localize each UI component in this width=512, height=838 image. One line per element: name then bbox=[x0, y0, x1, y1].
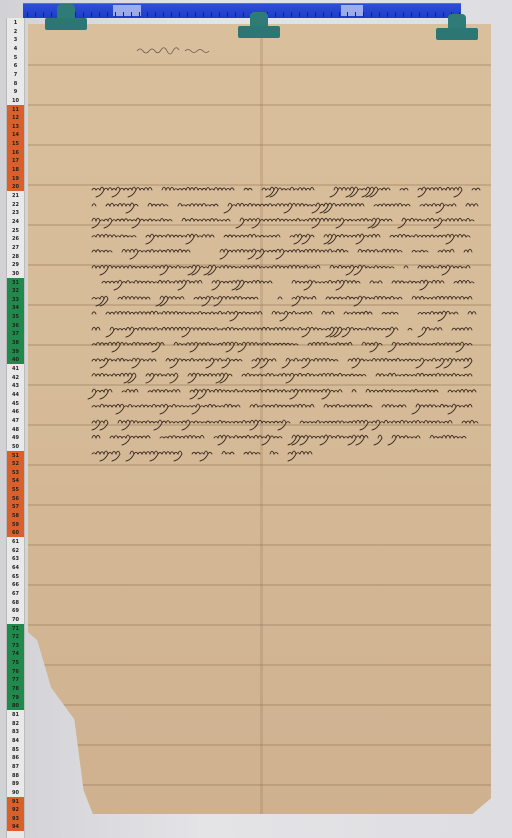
ruler-tick bbox=[283, 12, 284, 17]
fold-line bbox=[28, 784, 491, 786]
script-line bbox=[92, 275, 477, 291]
tape-number: 64 bbox=[8, 565, 23, 571]
ruler-tick bbox=[107, 12, 108, 17]
tape-number: 51 bbox=[8, 453, 23, 459]
tape-number: 31 bbox=[8, 280, 23, 286]
script-line bbox=[92, 213, 477, 229]
tape-number: 20 bbox=[8, 184, 23, 190]
tape-number: 36 bbox=[8, 323, 23, 329]
fold-line bbox=[28, 664, 491, 666]
tape-number: 80 bbox=[8, 703, 23, 709]
ruler-tick bbox=[195, 12, 196, 17]
script-line bbox=[92, 229, 477, 245]
measuring-tape: 1234567891011121314151617181920212223242… bbox=[6, 18, 25, 838]
ruler-tick bbox=[99, 12, 100, 17]
tape-number: 76 bbox=[8, 669, 23, 675]
header-annotation bbox=[135, 45, 230, 55]
tape-number: 19 bbox=[8, 176, 23, 182]
tape-number: 4 bbox=[8, 46, 23, 52]
glare bbox=[341, 5, 363, 16]
tape-number: 24 bbox=[8, 219, 23, 225]
tape-number: 14 bbox=[8, 132, 23, 138]
script-line bbox=[92, 415, 477, 431]
tape-number: 47 bbox=[8, 418, 23, 424]
ruler-tick bbox=[27, 12, 28, 17]
tape-number: 11 bbox=[8, 107, 23, 113]
tape-number: 30 bbox=[8, 271, 23, 277]
tape-number: 85 bbox=[8, 747, 23, 753]
fold-line bbox=[28, 464, 491, 466]
ruler-tick bbox=[427, 12, 428, 17]
tape-number: 91 bbox=[8, 799, 23, 805]
script-line bbox=[92, 322, 477, 338]
tape-number: 57 bbox=[8, 504, 23, 510]
binder-clip-left bbox=[45, 4, 87, 32]
tape-number: 48 bbox=[8, 427, 23, 433]
tape-number: 83 bbox=[8, 729, 23, 735]
tape-number: 62 bbox=[8, 548, 23, 554]
ruler-tick bbox=[339, 12, 340, 17]
tape-number: 35 bbox=[8, 314, 23, 320]
ruler-tick bbox=[43, 12, 44, 17]
tape-number: 40 bbox=[8, 357, 23, 363]
tape-number: 33 bbox=[8, 297, 23, 303]
tape-number: 87 bbox=[8, 764, 23, 770]
tape-number: 68 bbox=[8, 600, 23, 606]
tape-number: 43 bbox=[8, 383, 23, 389]
tape-number: 89 bbox=[8, 781, 23, 787]
tape-number: 49 bbox=[8, 435, 23, 441]
ruler-tick bbox=[123, 12, 124, 17]
ruler-tick bbox=[139, 12, 140, 17]
fold-line bbox=[28, 584, 491, 586]
script-line bbox=[92, 399, 477, 415]
ruler-tick bbox=[307, 12, 308, 17]
ruler-tick bbox=[355, 12, 356, 17]
tape-number: 21 bbox=[8, 193, 23, 199]
tape-number: 52 bbox=[8, 461, 23, 467]
tape-number: 78 bbox=[8, 686, 23, 692]
script-line bbox=[92, 244, 477, 260]
ruler-tick bbox=[291, 12, 292, 17]
ruler-tick bbox=[379, 12, 380, 17]
tape-number: 56 bbox=[8, 496, 23, 502]
script-line bbox=[92, 260, 477, 276]
tape-number: 61 bbox=[8, 539, 23, 545]
tape-number: 15 bbox=[8, 141, 23, 147]
tape-number: 53 bbox=[8, 470, 23, 476]
fold-line bbox=[28, 104, 491, 106]
tape-number: 92 bbox=[8, 807, 23, 813]
tape-number: 54 bbox=[8, 478, 23, 484]
script-line bbox=[92, 306, 477, 322]
ruler-tick bbox=[315, 12, 316, 17]
tape-number: 3 bbox=[8, 37, 23, 43]
tape-number: 27 bbox=[8, 245, 23, 251]
tape-number: 1 bbox=[8, 20, 23, 26]
script-line bbox=[92, 368, 477, 384]
tape-number: 90 bbox=[8, 790, 23, 796]
tape-number: 25 bbox=[8, 228, 23, 234]
ruler-tick bbox=[347, 12, 348, 17]
tape-number: 2 bbox=[8, 29, 23, 35]
ruler-tick bbox=[403, 12, 404, 17]
tape-number: 93 bbox=[8, 816, 23, 822]
ruler-tick bbox=[187, 12, 188, 17]
tape-number: 55 bbox=[8, 487, 23, 493]
tape-number: 34 bbox=[8, 305, 23, 311]
ruler-tick bbox=[235, 12, 236, 17]
tape-number: 42 bbox=[8, 375, 23, 381]
tape-number: 59 bbox=[8, 522, 23, 528]
tape-number: 74 bbox=[8, 651, 23, 657]
ruler-tick bbox=[387, 12, 388, 17]
tape-number: 28 bbox=[8, 254, 23, 260]
ruler-tick bbox=[115, 12, 116, 17]
ruler-tick bbox=[147, 12, 148, 17]
ruler-tick bbox=[419, 12, 420, 17]
tape-number: 13 bbox=[8, 124, 23, 130]
tape-number: 7 bbox=[8, 72, 23, 78]
ruler-tick bbox=[155, 12, 156, 17]
ruler-tick bbox=[331, 12, 332, 17]
fold-line bbox=[28, 624, 491, 626]
tape-number: 58 bbox=[8, 513, 23, 519]
fold-line bbox=[28, 544, 491, 546]
tape-number: 82 bbox=[8, 721, 23, 727]
tape-number: 37 bbox=[8, 331, 23, 337]
tape-number: 26 bbox=[8, 236, 23, 242]
fold-line bbox=[28, 144, 491, 146]
tape-number: 6 bbox=[8, 63, 23, 69]
tape-number: 86 bbox=[8, 755, 23, 761]
ruler-tick bbox=[227, 12, 228, 17]
ruler-tick bbox=[35, 12, 36, 17]
ruler-tick bbox=[395, 12, 396, 17]
tape-number: 12 bbox=[8, 115, 23, 121]
script-line bbox=[92, 446, 477, 462]
tape-number: 67 bbox=[8, 591, 23, 597]
tape-number: 44 bbox=[8, 392, 23, 398]
script-line bbox=[92, 291, 477, 307]
tape-number: 10 bbox=[8, 98, 23, 104]
tape-number: 75 bbox=[8, 660, 23, 666]
ruler-tick bbox=[411, 12, 412, 17]
tape-number: 8 bbox=[8, 81, 23, 87]
tape-number: 9 bbox=[8, 89, 23, 95]
glare bbox=[113, 5, 141, 16]
tape-number: 22 bbox=[8, 202, 23, 208]
ruler-tick bbox=[179, 12, 180, 17]
tape-number: 69 bbox=[8, 608, 23, 614]
tape-number: 50 bbox=[8, 444, 23, 450]
tape-number: 88 bbox=[8, 773, 23, 779]
ruler-tick bbox=[91, 12, 92, 17]
manuscript-text bbox=[92, 182, 477, 461]
tape-number: 79 bbox=[8, 695, 23, 701]
tape-number: 60 bbox=[8, 530, 23, 536]
tape-number: 16 bbox=[8, 150, 23, 156]
script-line bbox=[92, 384, 477, 400]
ruler-tick bbox=[219, 12, 220, 17]
tape-number: 81 bbox=[8, 712, 23, 718]
tape-number: 72 bbox=[8, 634, 23, 640]
tape-number: 5 bbox=[8, 55, 23, 61]
tape-number: 70 bbox=[8, 617, 23, 623]
tape-number: 66 bbox=[8, 582, 23, 588]
tape-number: 65 bbox=[8, 574, 23, 580]
tape-number: 84 bbox=[8, 738, 23, 744]
script-line bbox=[92, 337, 477, 353]
tape-number: 63 bbox=[8, 556, 23, 562]
tape-number: 29 bbox=[8, 262, 23, 268]
tape-number: 46 bbox=[8, 409, 23, 415]
tape-number: 94 bbox=[8, 824, 23, 830]
tape-number: 23 bbox=[8, 210, 23, 216]
ruler-tick bbox=[363, 12, 364, 17]
fold-line bbox=[28, 64, 491, 66]
tape-number: 32 bbox=[8, 288, 23, 294]
binder-clip-center bbox=[238, 12, 280, 40]
binder-clip-right bbox=[436, 14, 478, 42]
ruler-tick bbox=[163, 12, 164, 17]
tape-number: 18 bbox=[8, 167, 23, 173]
tape-number: 45 bbox=[8, 401, 23, 407]
ruler-tick bbox=[323, 12, 324, 17]
script-line bbox=[92, 353, 477, 369]
fold-line bbox=[28, 704, 491, 706]
ruler-tick bbox=[371, 12, 372, 17]
tape-number: 39 bbox=[8, 349, 23, 355]
tape-number: 17 bbox=[8, 158, 23, 164]
tape-number: 77 bbox=[8, 677, 23, 683]
ruler-tick bbox=[131, 12, 132, 17]
script-line bbox=[92, 182, 477, 198]
ruler-tick bbox=[299, 12, 300, 17]
tape-number: 41 bbox=[8, 366, 23, 372]
ruler-tick bbox=[203, 12, 204, 17]
tape-number: 73 bbox=[8, 643, 23, 649]
tape-number: 38 bbox=[8, 340, 23, 346]
script-line bbox=[92, 198, 477, 214]
script-line bbox=[92, 430, 477, 446]
tape-number: 71 bbox=[8, 626, 23, 632]
fold-line bbox=[28, 744, 491, 746]
ruler-tick bbox=[171, 12, 172, 17]
fold-line bbox=[28, 504, 491, 506]
ruler-tick bbox=[211, 12, 212, 17]
